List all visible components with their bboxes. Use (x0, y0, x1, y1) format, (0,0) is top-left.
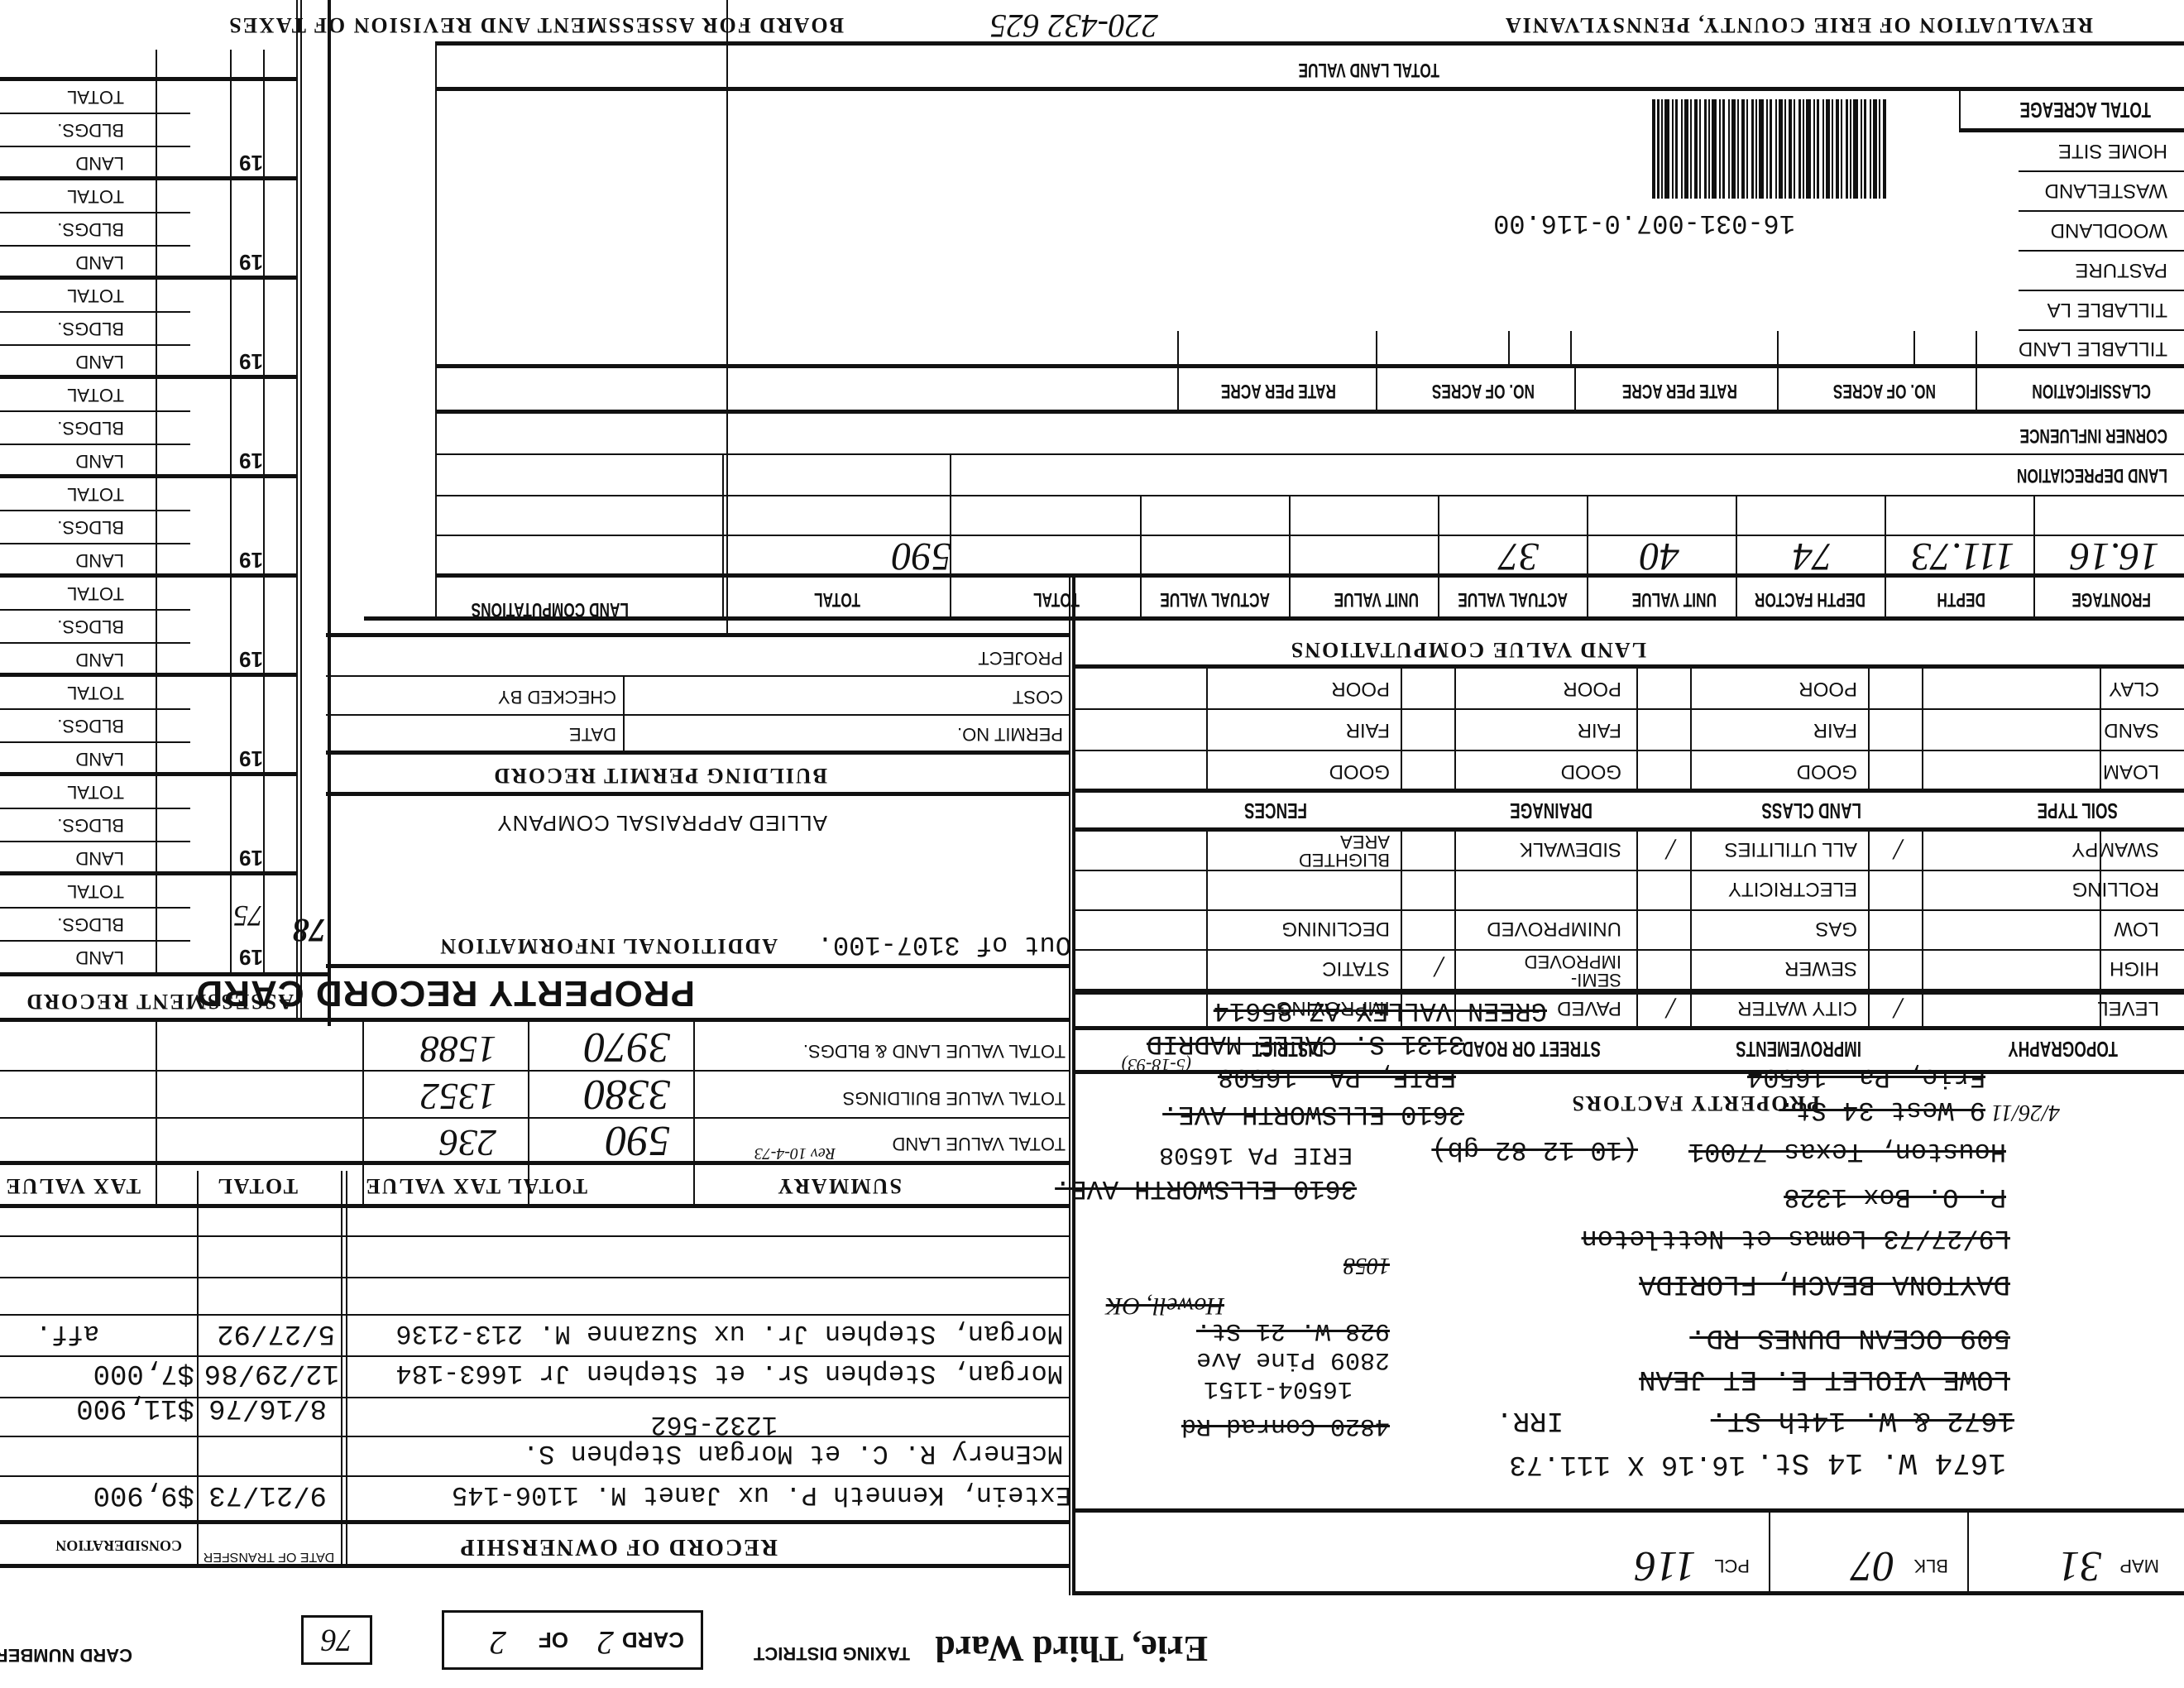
owner-line: L9/27/73 Lomas et Nettleton (1582, 1223, 2010, 1254)
building-permit-title: BUILDING PERMIT RECORD (492, 763, 827, 788)
additional-info-label: ADDITIONAL INFORMATION (438, 933, 778, 958)
summary-land-total[interactable]: 590 (606, 1116, 670, 1165)
card-number-label: CARD NUMBER (41, 1645, 132, 1665)
owner-row-date: 9/21/73 (208, 1479, 327, 1510)
taxing-district-label: TAXING DISTRICT (802, 1643, 910, 1663)
owner-line: LOWE VIOLET E. ET JEAN (1639, 1363, 2010, 1394)
summary-total-header-2: TOTAL (216, 1173, 298, 1198)
allied-appraisal-company: ALLIED APPRAISAL COMPANY (496, 810, 827, 836)
factor-improving[interactable]: IMPROVING (1276, 996, 1390, 1019)
owner-row-date: 5/27/92 (217, 1317, 335, 1349)
factor-city-water[interactable]: CITY WATER (1737, 996, 1857, 1019)
permit-project-label: PROJECT (978, 647, 1063, 669)
frontage-value[interactable]: 16.16 (2070, 534, 2159, 579)
owner-row-consideration: $9,900 (93, 1479, 194, 1510)
corner-influence-label: CORNER INFLUENCE (2019, 424, 2167, 447)
summary-title: SUMMARY (776, 1173, 902, 1198)
assessment-block: 19 LAND BLDGS. TOTAL (0, 477, 331, 576)
assessment-block: 19 LAND BLDGS. TOTAL (0, 377, 331, 477)
factor-unimproved[interactable]: UNIMPROVED (1487, 917, 1621, 940)
factor-level[interactable]: LEVEL (2097, 996, 2159, 1019)
property-factors-grid (1075, 832, 2184, 1030)
barcode (1564, 99, 1886, 199)
acreage-tillable-la: TILLABLE LA (2047, 298, 2167, 321)
drainage-fair[interactable]: FAIR (1578, 718, 1621, 741)
owner-row-name: McEnery R. C. et Morgan Stephen S. (523, 1438, 1063, 1469)
factor-static[interactable]: STATIC (1322, 957, 1390, 980)
actual-value[interactable]: 37 (1499, 534, 1539, 579)
summary-buildings-label: TOTAL VALUE BUILDINGS (843, 1087, 1066, 1109)
summary-land-label: TOTAL VALUE LAND (893, 1133, 1066, 1154)
owner-row-name: Morgan, Stephen Sr. et Stephen Jr 1663-1… (395, 1358, 1063, 1388)
check-paved-icon: / (1667, 991, 1675, 1026)
permit-checked-by-label: CHECKED BY (498, 686, 616, 707)
soil-clay[interactable]: CLAY (2109, 677, 2159, 700)
factor-sidewalk[interactable]: SIDEWALK (1520, 837, 1621, 861)
acreage-home-site: HOME SITE (2058, 139, 2167, 162)
handwritten-date: 4/26/11 (1991, 1099, 2060, 1125)
depth-factor-value[interactable]: 74 (1793, 534, 1832, 579)
factor-all-utilities[interactable]: ALL UTILITIES (1725, 837, 1858, 861)
owner-line: P. O. Box 1328 (1784, 1182, 2006, 1212)
assessment-block: 19 LAND BLDGS. TOTAL (0, 576, 331, 675)
assessment-block: 19 LAND BLDGS. TOTAL (0, 278, 331, 377)
land-class-header: LAND CLASS (1761, 798, 1861, 823)
assessment-block: 19 LAND BLDGS. TOTAL (0, 79, 331, 179)
address-line: (10-12-82 gb) (1431, 1134, 1638, 1165)
fences-poor[interactable]: POOR (1331, 677, 1390, 700)
factor-blighted-area[interactable]: BLIGHTED AREA (1266, 832, 1390, 869)
card-label: CARD (622, 1627, 684, 1652)
acreage-header: CLASSIFICATION NO. OF ACRES RATE PER ACR… (437, 368, 2184, 414)
address-line: ERIE PA 16508 (1159, 1140, 1353, 1168)
assessment-block: 19 LAND BLDGS. TOTAL (0, 675, 331, 774)
acreage-woodland: WOODLAND (2051, 218, 2167, 242)
owner-line: DAYTONA BEACH, FLORIDA (1639, 1268, 2010, 1299)
land-depreciation-label: LAND DEPRECIATION (2017, 463, 2167, 487)
property-factors-header: TOPOGRAPHY IMPROVEMENTS STREET OR ROAD D… (1075, 1030, 2184, 1072)
owner-row-consideration: $7,000 (93, 1357, 194, 1388)
summary-buildings-tax[interactable]: 1352 (420, 1075, 496, 1119)
map-value[interactable]: 31 (2058, 1542, 2101, 1590)
factor-sewer[interactable]: SEWER (1784, 957, 1857, 980)
assessment-year: 75 (233, 899, 263, 933)
pcl-value[interactable]: 116 (1635, 1542, 1696, 1590)
blk-label: BLK (1913, 1555, 1948, 1576)
fences-header: FENCES (1244, 798, 1307, 823)
address-line: 4820 Conrad Rd (1181, 1412, 1390, 1440)
owner-row-name: Morgan, Stephen Jr. ux Suzanne M. 213-21… (395, 1318, 1063, 1349)
factor-rolling[interactable]: ROLLING (2072, 877, 2159, 900)
drainage-header: DRAINAGE (1510, 798, 1592, 823)
factor-low[interactable]: LOW (2114, 917, 2159, 940)
acreage-tillable-land: TILLABLE LAND (2019, 337, 2167, 360)
additional-info-value: Out of 3107-100. (817, 929, 1071, 960)
check-sidewalk-icon: / (1667, 832, 1675, 867)
fences-good[interactable]: GOOD (1329, 760, 1390, 783)
total-land-value-label: TOTAL LAND VALUE (1298, 58, 1439, 81)
revaluation-title: REVALUATION OF ERIE COUNTY, PENNSYLVANIA (1504, 12, 2093, 37)
owner-row-date: 12/29/86 (204, 1357, 339, 1388)
property-factors-title: PROPERTY FACTORS (1571, 1091, 1820, 1115)
address-line: 928 W. 21 St. (1196, 1316, 1390, 1345)
summary-land-tax[interactable]: 236 (439, 1121, 496, 1165)
summary-land-note: Rev 10-4-73 (754, 1144, 836, 1163)
land-computations-label: LAND COMPUTATIONS (472, 597, 629, 621)
depth-value[interactable]: 111.73 (1911, 534, 2014, 579)
pcl-label: PCL (1714, 1555, 1750, 1576)
consideration-header: CONSIDERATION (55, 1537, 182, 1554)
assessment-block: 19 LAND BLDGS. TOTAL (0, 774, 331, 874)
assessment-stamp: 78 (293, 911, 326, 950)
summary-total-total[interactable]: 3970 (584, 1023, 670, 1072)
address-line: 16504-1151 (1204, 1374, 1353, 1403)
owner-row-name: 1232-562 (650, 1409, 778, 1440)
soil-grid (1075, 669, 2184, 793)
factor-swampy[interactable]: SWAMPY (2071, 837, 2159, 861)
card-total[interactable]: 2 (490, 1623, 506, 1662)
drainage-poor[interactable]: POOR (1563, 677, 1621, 700)
board-title: BOARD FOR ASSESSMENT AND REVISION OF TAX… (227, 12, 844, 37)
property-record-card: CARD NUMBER CARD 2 OF 2 TAXING DISTRICT … (0, 0, 2184, 1688)
summary-buildings-total[interactable]: 3380 (584, 1070, 670, 1119)
card-of-label: OF (539, 1627, 568, 1652)
soil-loam[interactable]: LOAM (2103, 760, 2159, 783)
summary-total-header: TOTAL (505, 1173, 587, 1198)
land-class-good[interactable]: GOOD (1797, 760, 1857, 783)
address-line: 3610 ELLSWORTH AVE. (1055, 1173, 1357, 1204)
blk-value[interactable]: 07 (1851, 1542, 1894, 1590)
card-value[interactable]: 2 (597, 1623, 614, 1662)
acreage-wasteland: WASTELAND (2045, 179, 2167, 202)
land-class-poor[interactable]: POOR (1798, 677, 1857, 700)
location-address: 1674 W. 14 St. (1756, 1446, 2006, 1479)
summary-tax-value-header-2: TAX VALUE (4, 1173, 141, 1198)
ownership-title: RECORD OF OWNERSHIP (459, 1533, 778, 1560)
factor-electricity[interactable]: ELECTRICITY (1728, 877, 1857, 900)
fences-fair[interactable]: FAIR (1346, 718, 1390, 741)
check-all-utilities-icon: / (1894, 832, 1903, 867)
owner-row-name: Extein, Kenneth P. ux Janet M. 1106-145 (452, 1479, 1071, 1510)
factor-gas[interactable]: GAS (1815, 917, 1857, 940)
address-line: Howell, OK (1106, 1292, 1224, 1320)
assessment-record-title: ASSESSMENT RECORD (25, 989, 294, 1014)
address-line: 3610 ELLSWORTH AVE. (1162, 1099, 1464, 1129)
lot-dimensions: 16.16 X 111.73 (1509, 1448, 1746, 1479)
check-static-icon: / (1435, 950, 1444, 985)
land-value-computations-title: LAND VALUE COMPUTATIONS (1290, 637, 1646, 662)
total-value[interactable]: 590 (892, 534, 951, 579)
handwritten-reference: 220-432 625 (990, 7, 1158, 46)
soil-sand[interactable]: SAND (2104, 718, 2159, 741)
irr-label: IRR. (1496, 1404, 1564, 1436)
permit-date-label: DATE (569, 723, 616, 745)
card-count-box: CARD 2 OF 2 (442, 1610, 703, 1670)
summary-total-label: TOTAL VALUE LAND & BLDGS. (803, 1040, 1066, 1062)
owner-line: 509 OCEAN DUNES RD. (1689, 1321, 2010, 1353)
owner-row-consideration: aff. (36, 1318, 99, 1349)
assessment-block: 19 LAND BLDGS. TOTAL (0, 179, 331, 278)
owner-line: Houston, Texas 77001 (1688, 1136, 2006, 1167)
address-line: 1058 (1343, 1252, 1390, 1278)
summary-tax-value-header: TAX VALUE (364, 1173, 500, 1198)
land-class-fair[interactable]: FAIR (1813, 718, 1857, 741)
summary-total-tax[interactable]: 1588 (420, 1028, 496, 1072)
permit-cost-label: COST (1013, 686, 1063, 707)
permit-no-label: PERMIT NO. (957, 723, 1063, 745)
drainage-good[interactable]: GOOD (1561, 760, 1621, 783)
acreage-pasture: PASTURE (2075, 258, 2167, 281)
factor-paved[interactable]: PAVED (1557, 996, 1621, 1019)
taxing-district-value: Erie, Third Ward (935, 1628, 1208, 1670)
check-city-water-icon: / (1894, 991, 1903, 1026)
address-line: 2809 Pine Ave (1196, 1345, 1390, 1374)
assessment-block: 78 19 75 LAND BLDGS. TOTAL (0, 874, 331, 975)
boxed-number: 76 (301, 1615, 372, 1665)
date-of-transfer-header: DATE OF TRANSFER (199, 1549, 339, 1564)
map-label: MAP (2119, 1555, 2159, 1576)
struck-location: 1672 & W. 14th ST. (1711, 1404, 2014, 1436)
total-acreage-label: TOTAL ACREAGE (2020, 97, 2151, 122)
soil-type-header: SOIL TYPE (2038, 798, 2118, 823)
factor-semi-improved[interactable]: SEMI-IMPROVED (1489, 952, 1621, 989)
barcode-text: 16-031-007.0-116.00 (1493, 208, 1795, 238)
factor-high[interactable]: HIGH (2110, 957, 2159, 980)
unit-value[interactable]: 40 (1640, 534, 1679, 579)
factor-declining[interactable]: DECLINING (1281, 917, 1390, 940)
